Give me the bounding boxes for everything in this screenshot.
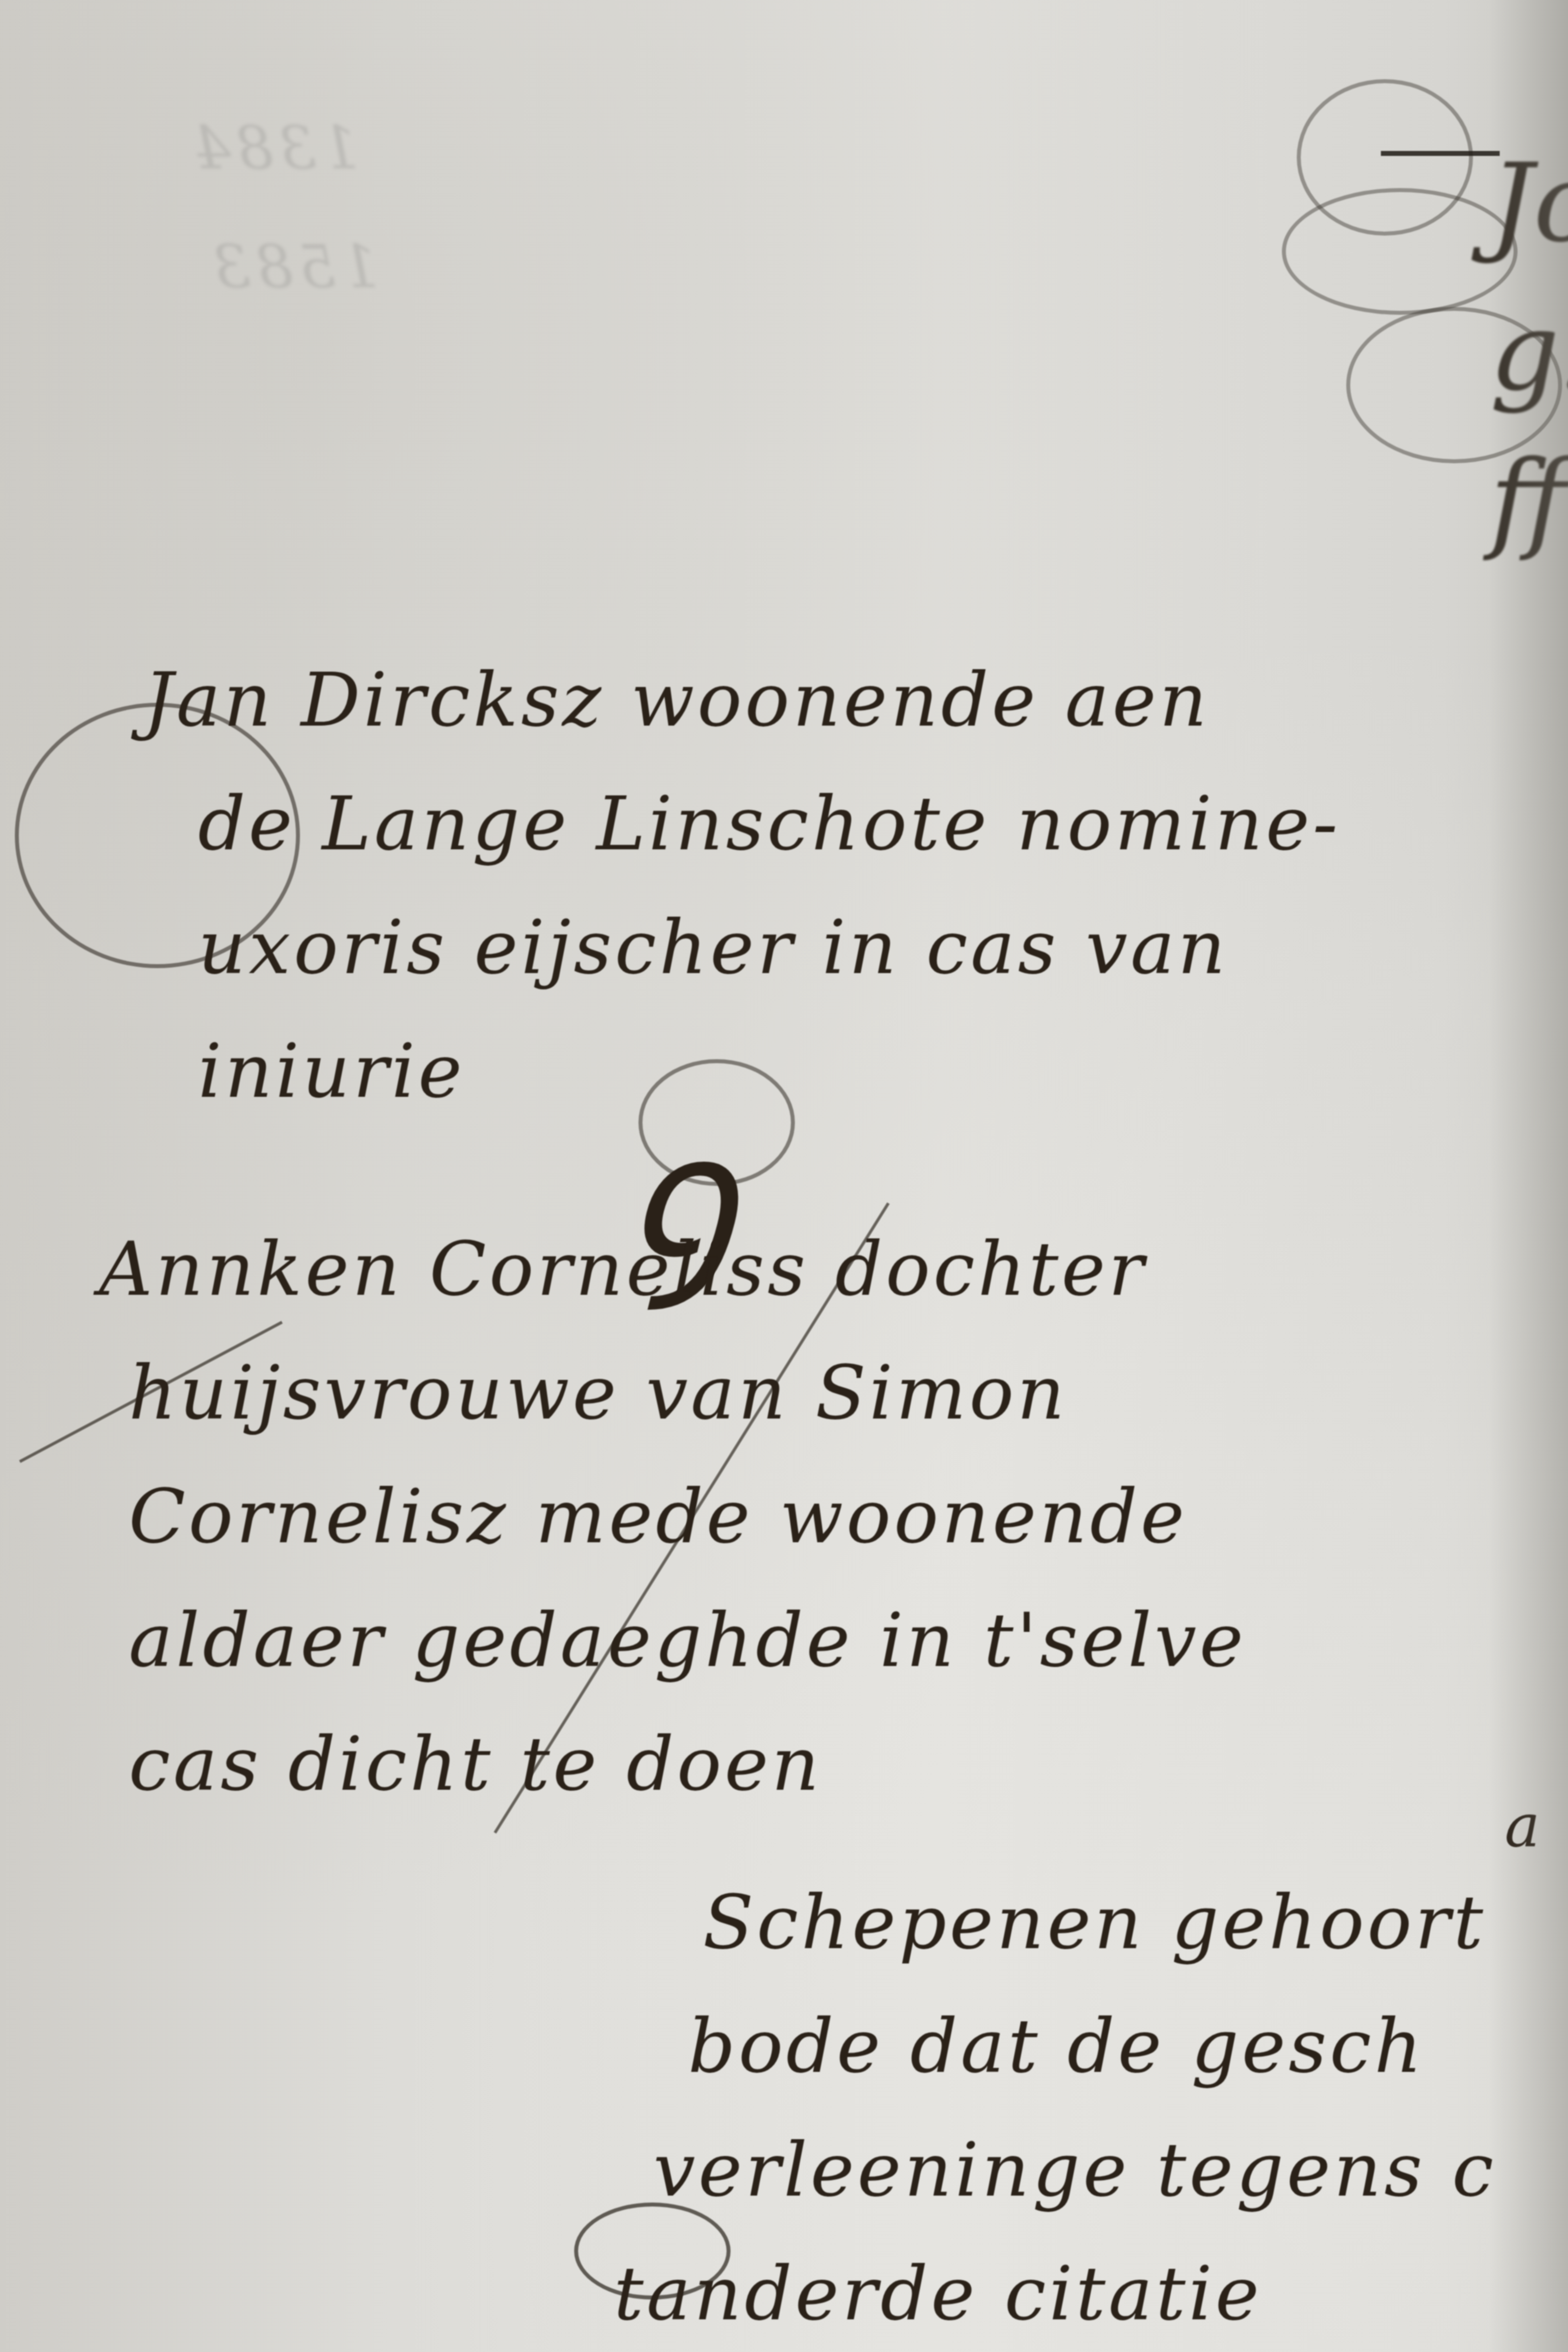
defendant-line-1: Annken Corneliss dochter [99,1208,1246,1331]
ruling-fragment: Schepenen gehoort bode dat de gesch verl… [614,1861,1497,2352]
ruling-line-1: Schepenen gehoort [614,1861,1497,1985]
margin-dash [1381,151,1500,156]
margin-flourish-2 [1282,188,1518,315]
ruling-line-4: tanderde citatie [614,2232,1497,2352]
defendant-line-2: huijsvrouwe van Simon [99,1331,1246,1455]
ruling-line-3: verleeninge tegens c [614,2108,1497,2232]
page-edge-shadow [1489,0,1568,2352]
bleed-through-text-1: 1384 [188,114,359,183]
plaintiff-line-1: Jan Dircksz woonende aen [144,638,1341,762]
ruling-line-2: bode dat de gesch [614,1985,1497,2108]
defendant-entry: Annken Corneliss dochter huijsvrouwe van… [99,1208,1246,1826]
plaintiff-line-2: de Lange Linschote nomine- [144,762,1341,886]
plaintiff-entry: Jan Dircksz woonende aen de Lange Linsch… [144,638,1341,1133]
defendant-line-5: cas dicht te doen [99,1703,1246,1826]
plaintiff-line-3: uxoris eijscher in cas van [144,886,1341,1010]
defendant-line-4: aldaer gedaeghde in t'selve [99,1579,1246,1703]
defendant-line-3: Cornelisz mede woonende [99,1455,1246,1579]
bleed-through-text-2: 1583 [208,233,379,301]
